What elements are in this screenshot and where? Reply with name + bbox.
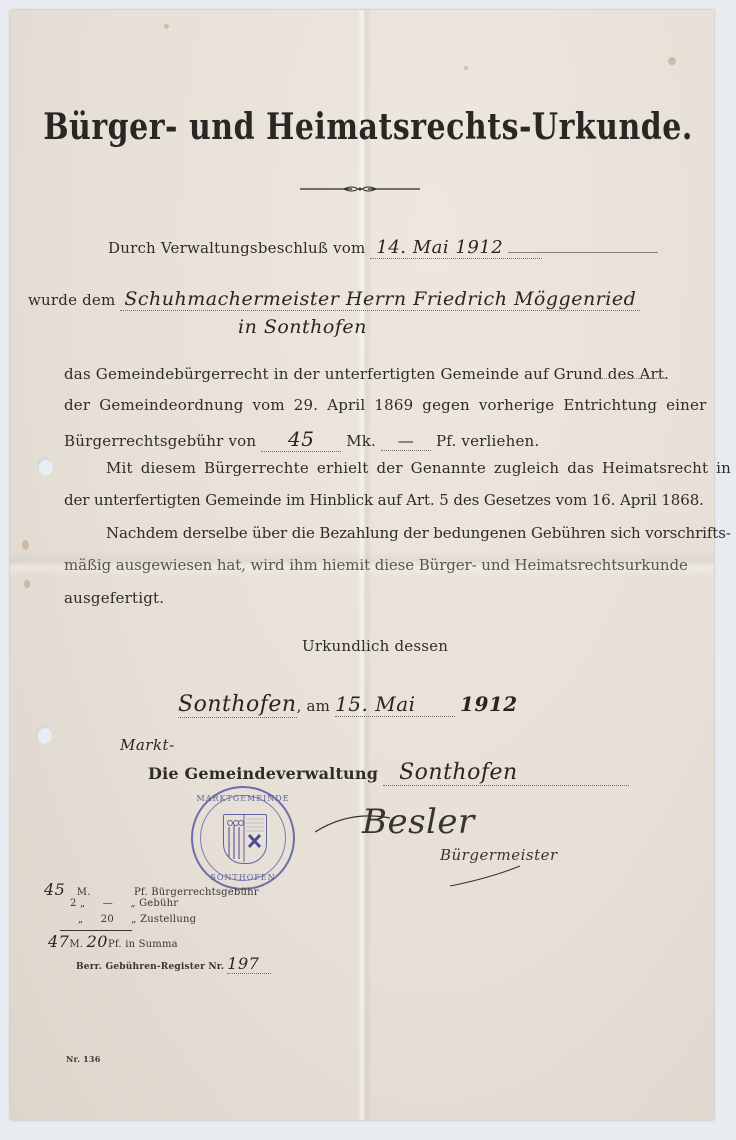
fee-mark: 45 bbox=[261, 427, 341, 452]
fee-row-3-pf-unit: „ bbox=[131, 914, 136, 925]
authority-place: Sonthofen bbox=[383, 760, 629, 786]
fee-total-pf-unit: Pf. bbox=[108, 939, 122, 950]
article-blank bbox=[597, 378, 665, 379]
stain bbox=[668, 57, 676, 65]
register-line: Berr. Gebühren-Register Nr. 197 bbox=[76, 954, 271, 974]
document-title: Bürger- und Heimatsrechts-Urkunde. bbox=[0, 107, 736, 149]
fee-row-1-label: Bürgerrechtsgebühr bbox=[151, 887, 259, 898]
fee-row-1-pf-unit: Pf. bbox=[134, 887, 148, 898]
markt-annotation: Markt- bbox=[120, 736, 175, 754]
recipient-place: in Sonthofen bbox=[238, 316, 367, 338]
fee-row-3-mk-unit: „ bbox=[78, 914, 83, 925]
fee-row-2-pf-unit: „ bbox=[130, 898, 135, 909]
decision-line: Durch Verwaltungsbeschluß vom 14. Mai 19… bbox=[108, 237, 542, 259]
fee-row-3: „ 20 „ Zustellung bbox=[78, 914, 196, 925]
authority-line: Die Gemeindeverwaltung Sonthofen bbox=[148, 760, 629, 786]
fee-row-1-mk: 45 bbox=[44, 880, 65, 899]
stain bbox=[22, 540, 29, 550]
register-number: 197 bbox=[227, 954, 271, 974]
fee-total-mk: 47 bbox=[48, 932, 69, 951]
fee-row-3-label: Zustellung bbox=[140, 914, 196, 925]
punch-hole-top bbox=[37, 458, 53, 476]
decision-prefix: Durch Verwaltungsbeschluß vom bbox=[108, 239, 365, 257]
form-number: Nr. 136 bbox=[66, 1054, 100, 1064]
fee-mark-unit: Mk. bbox=[346, 432, 376, 450]
date-am: , am bbox=[297, 697, 331, 715]
decision-underline bbox=[508, 252, 658, 253]
para2-line-2: der unterfertigten Gemeinde im Hinblick … bbox=[64, 491, 704, 509]
place-date-line: Sonthofen, am 15. Mai 1912 bbox=[178, 692, 518, 718]
body-line-2: der Gemeindeordnung vom 29. April 1869 g… bbox=[64, 396, 706, 414]
fee-row-1-mk-unit: M. bbox=[77, 887, 91, 898]
divider-ornament-icon bbox=[300, 183, 420, 195]
body-line-1: das Gemeindebürgerrecht in der unterfert… bbox=[64, 365, 669, 383]
seal-top-text: MARKTGEMEINDE bbox=[193, 794, 293, 803]
recipient-line: wurde dem Schuhmachermeister Herrn Fried… bbox=[28, 288, 640, 311]
punch-hole-bottom bbox=[36, 726, 52, 744]
stain bbox=[464, 66, 468, 70]
fee-total-mk-unit: M. bbox=[69, 939, 83, 950]
fee-row-3-pf: 20 bbox=[101, 914, 114, 925]
fee-total-label: in Summa bbox=[125, 939, 178, 950]
para3-line-1: Nachdem derselbe über die Bezahlung der … bbox=[106, 524, 731, 542]
fee-row-2-label: Gebühr bbox=[139, 898, 178, 909]
signature-flourish-icon bbox=[310, 800, 540, 890]
fee-pf-unit: Pf. verliehen. bbox=[436, 432, 539, 450]
para3-line-2: mäßig ausgewiesen hat, wird ihm hiemit d… bbox=[64, 556, 688, 574]
fee-prefix: Bürgerrechtsgebühr von bbox=[64, 432, 256, 450]
fee-line: Bürgerrechtsgebühr von 45 Mk. — Pf. verl… bbox=[64, 427, 539, 452]
fee-row-1: 45 M. Pf. Bürgerrechtsgebühr bbox=[44, 880, 259, 899]
fee-row-2: 2 „ — „ Gebühr bbox=[70, 898, 178, 909]
date-written: 15. Mai bbox=[335, 692, 455, 717]
fee-row-2-mk: 2 bbox=[70, 898, 77, 909]
fee-total-pf: 20 bbox=[87, 932, 108, 951]
fee-pf: — bbox=[381, 431, 431, 451]
recipient-name: Schuhmachermeister Herrn Friedrich Mögge… bbox=[120, 288, 640, 311]
fee-row-2-mk-unit: „ bbox=[80, 898, 85, 909]
municipal-seal: MARKTGEMEINDE SONTHOFEN bbox=[191, 786, 295, 890]
para2-line-1: Mit diesem Bürgerrechte erhielt der Gena… bbox=[106, 459, 731, 477]
fee-total-row: 47M. 20Pf. in Summa bbox=[48, 932, 178, 951]
decision-date: 14. Mai 1912 bbox=[370, 237, 542, 259]
authority-label: Die Gemeindeverwaltung bbox=[148, 764, 378, 783]
attestation: Urkundlich dessen bbox=[302, 637, 448, 655]
stain bbox=[24, 580, 30, 588]
stain bbox=[164, 24, 169, 29]
fee-row-2-pf: — bbox=[103, 898, 113, 909]
year-written: 1912 bbox=[460, 692, 518, 716]
fee-sum-rule bbox=[60, 930, 132, 931]
coat-of-arms-icon bbox=[223, 814, 267, 864]
recipient-prefix: wurde dem bbox=[28, 291, 115, 309]
para3-line-3: ausgefertigt. bbox=[64, 589, 164, 607]
place-written: Sonthofen bbox=[178, 692, 297, 718]
register-label: Berr. Gebühren-Register Nr. bbox=[76, 962, 224, 972]
